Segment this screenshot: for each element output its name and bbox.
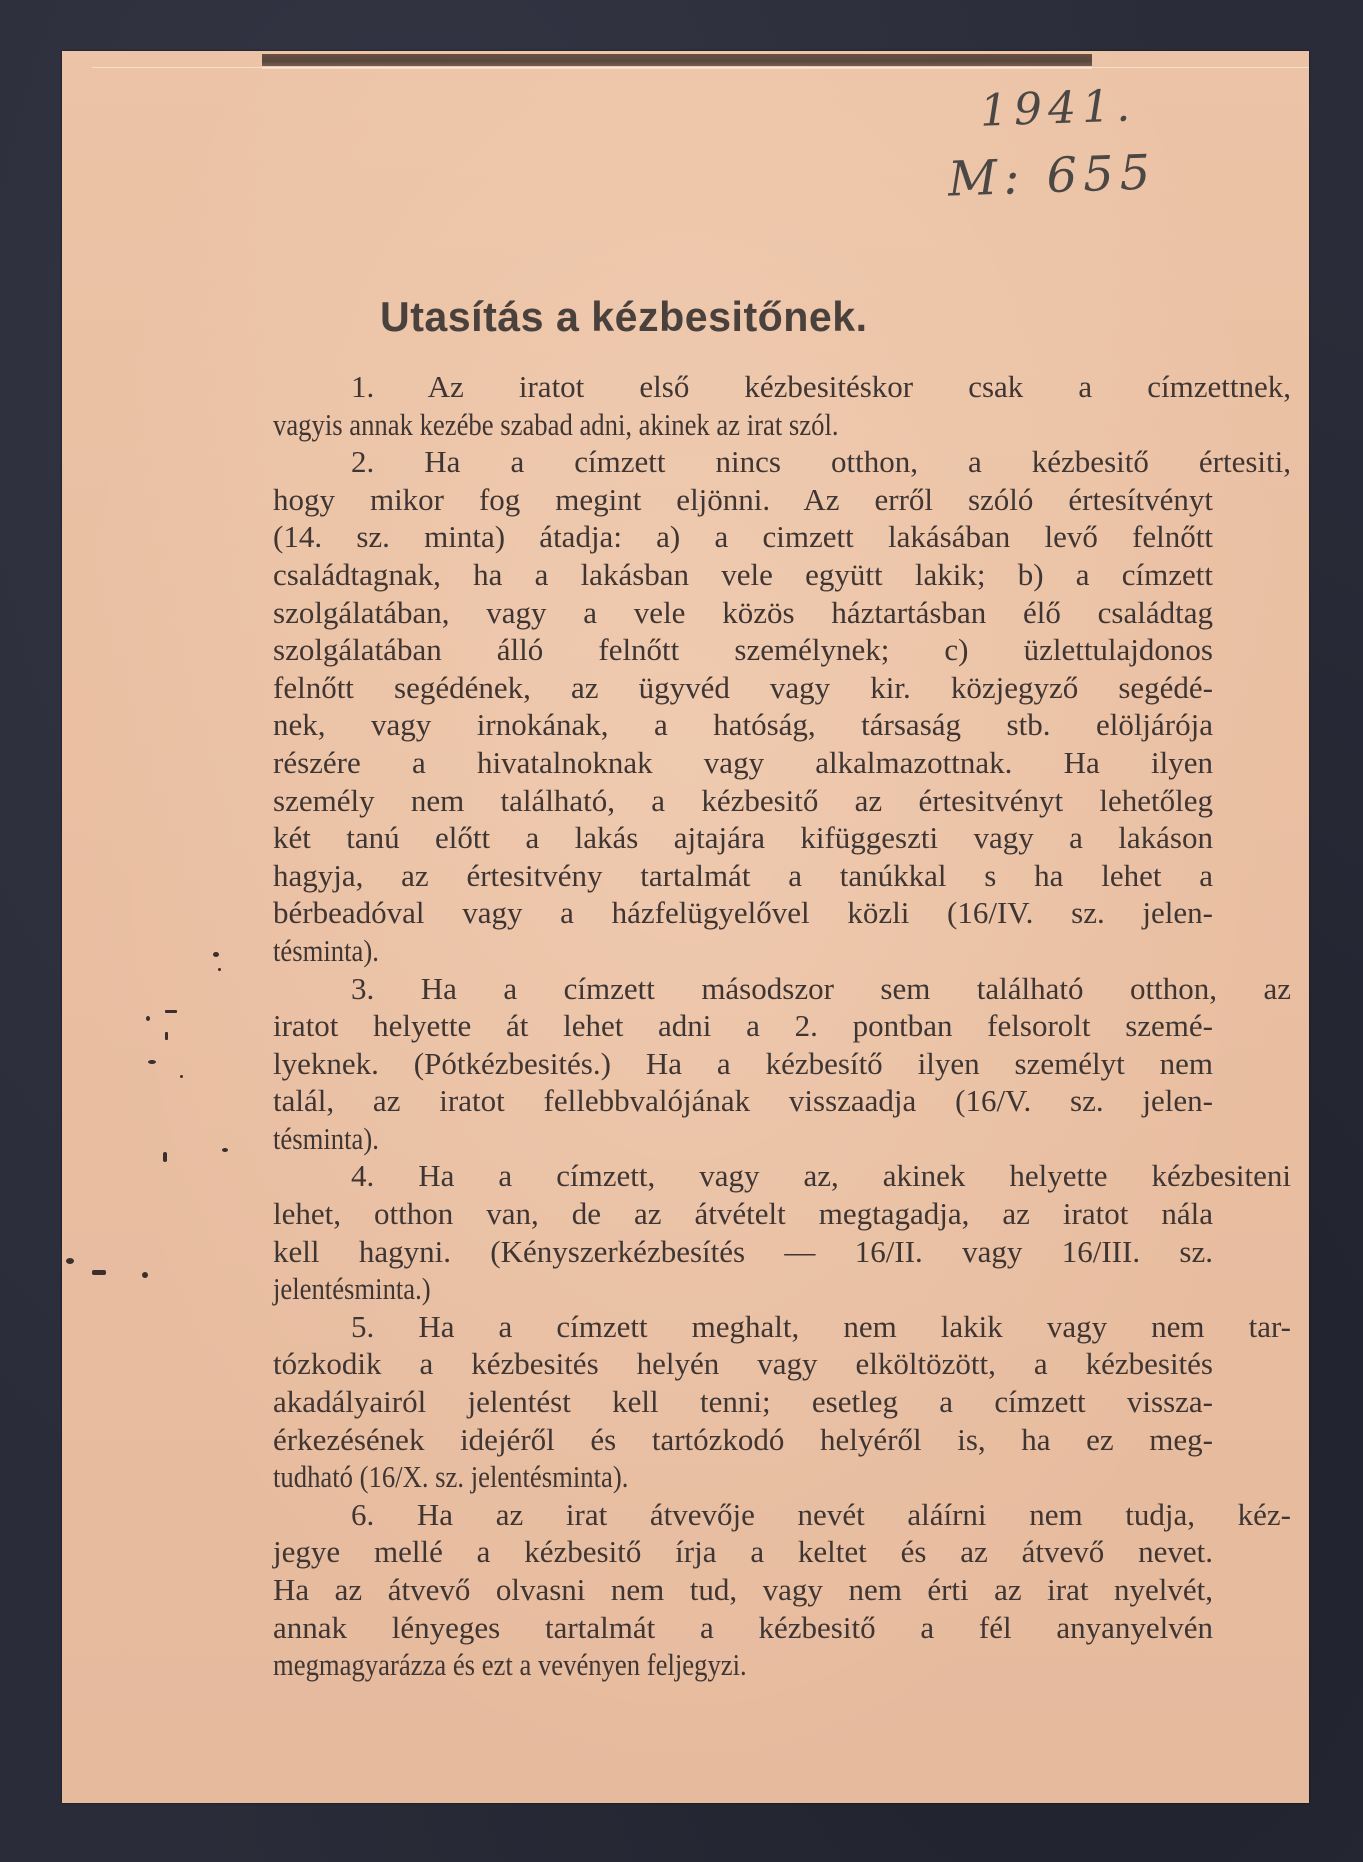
handwritten-year: 1941. xyxy=(979,80,1137,136)
text-line: tózkodik a kézbesités helyén vagy elkölt… xyxy=(273,1345,1213,1383)
text-line: 2. Ha a címzett nincs otthon, a kézbesit… xyxy=(273,443,1291,481)
text-line: személy nem található, a kézbesitő az ér… xyxy=(273,782,1213,820)
text-line: (14. sz. minta) átadja: a) a cimzett lak… xyxy=(273,518,1213,556)
text-line: lehet, otthon van, de az átvételt megtag… xyxy=(273,1195,1213,1233)
text-line: tésminta). xyxy=(273,1120,1081,1158)
text-line: 4. Ha a címzett, vagy az, akinek helyett… xyxy=(273,1157,1291,1195)
text-line: hogy mikor fog megint eljönni. Az erről … xyxy=(273,481,1213,519)
text-line: két tanú előtt a lakás ajtajára kifügges… xyxy=(273,819,1213,857)
ink-speck xyxy=(213,952,219,957)
text-line: jelentésminta.) xyxy=(273,1270,1081,1308)
top-fold-line xyxy=(92,67,1309,68)
torn-top-edge-strip xyxy=(262,54,1092,66)
paragraph-2: 2. Ha a címzett nincs otthon, a kézbesit… xyxy=(273,443,1213,969)
ink-speck xyxy=(222,1148,228,1152)
text-line: talál, az iratot fellebbvalójának vissza… xyxy=(273,1082,1213,1120)
text-line: akadályairól jelentést kell tenni; esetl… xyxy=(273,1383,1213,1421)
text-line: felnőtt segédének, az ügyvéd vagy kir. k… xyxy=(273,669,1213,707)
text-line: nek, vagy irnokának, a hatóság, társaság… xyxy=(273,706,1213,744)
ink-speck xyxy=(92,1270,106,1275)
ink-speck xyxy=(180,1075,183,1078)
text-line: annak lényeges tartalmát a kézbesitő a f… xyxy=(273,1609,1213,1647)
text-line: szolgálatában, vagy a vele közös háztart… xyxy=(273,594,1213,632)
text-line: családtagnak, ha a lakásban vele együtt … xyxy=(273,556,1213,594)
text-line: bérbeadóval vagy a házfelügyelővel közli… xyxy=(273,894,1213,932)
handwritten-reference-number: M: 655 xyxy=(947,144,1157,207)
ink-speck xyxy=(165,1032,168,1040)
text-line: megmagyarázza és ezt a vevényen feljegyz… xyxy=(273,1646,1081,1684)
ink-speck xyxy=(142,1272,148,1278)
text-line: vagyis annak kezébe szabad adni, akinek … xyxy=(273,406,1081,444)
text-line: kell hagyni. (Kényszerkézbesítés — 16/II… xyxy=(273,1233,1213,1271)
paragraph-6: 6. Ha az irat átvevője nevét aláírni nem… xyxy=(273,1496,1213,1684)
paragraph-1: 1. Az iratot első kézbesitéskor csak a c… xyxy=(273,368,1213,443)
ink-speck xyxy=(66,1258,74,1264)
text-line: 3. Ha a címzett másodszor sem található … xyxy=(273,970,1291,1008)
text-line: 1. Az iratot első kézbesitéskor csak a c… xyxy=(273,368,1291,406)
text-line: iratot helyette át lehet adni a 2. pontb… xyxy=(273,1007,1213,1045)
text-line: 5. Ha a címzett meghalt, nem lakik vagy … xyxy=(273,1308,1291,1346)
text-line: tudható (16/X. sz. jelentésminta). xyxy=(273,1458,1081,1496)
ink-speck xyxy=(163,1152,167,1162)
paragraph-5: 5. Ha a címzett meghalt, nem lakik vagy … xyxy=(273,1308,1213,1496)
paragraph-3: 3. Ha a címzett másodszor sem található … xyxy=(273,970,1213,1158)
text-line: Ha az átvevő olvasni nem tud, vagy nem é… xyxy=(273,1571,1213,1609)
ink-speck xyxy=(146,1016,150,1021)
ink-speck xyxy=(165,1010,177,1013)
ink-speck xyxy=(148,1060,156,1064)
instructions-body: 1. Az iratot első kézbesitéskor csak a c… xyxy=(273,368,1213,1684)
ink-speck xyxy=(218,968,221,971)
paragraph-4: 4. Ha a címzett, vagy az, akinek helyett… xyxy=(273,1157,1213,1307)
text-line: hagyja, az értesitvény tartalmát a tanúk… xyxy=(273,857,1213,895)
text-line: lyeknek. (Pótkézbesités.) Ha a kézbesítő… xyxy=(273,1045,1213,1083)
text-line: érkezésének idejéről és tartózkodó helyé… xyxy=(273,1421,1213,1459)
document-title: Utasítás a kézbesitőnek. xyxy=(380,293,1066,341)
text-line: jegye mellé a kézbesitő írja a keltet és… xyxy=(273,1533,1213,1571)
text-line: szolgálatában álló felnőtt személynek; c… xyxy=(273,631,1213,669)
text-line: részére a hivatalnoknak vagy alkalmazott… xyxy=(273,744,1213,782)
text-line: tésminta). xyxy=(273,932,1081,970)
text-line: 6. Ha az irat átvevője nevét aláírni nem… xyxy=(273,1496,1291,1534)
